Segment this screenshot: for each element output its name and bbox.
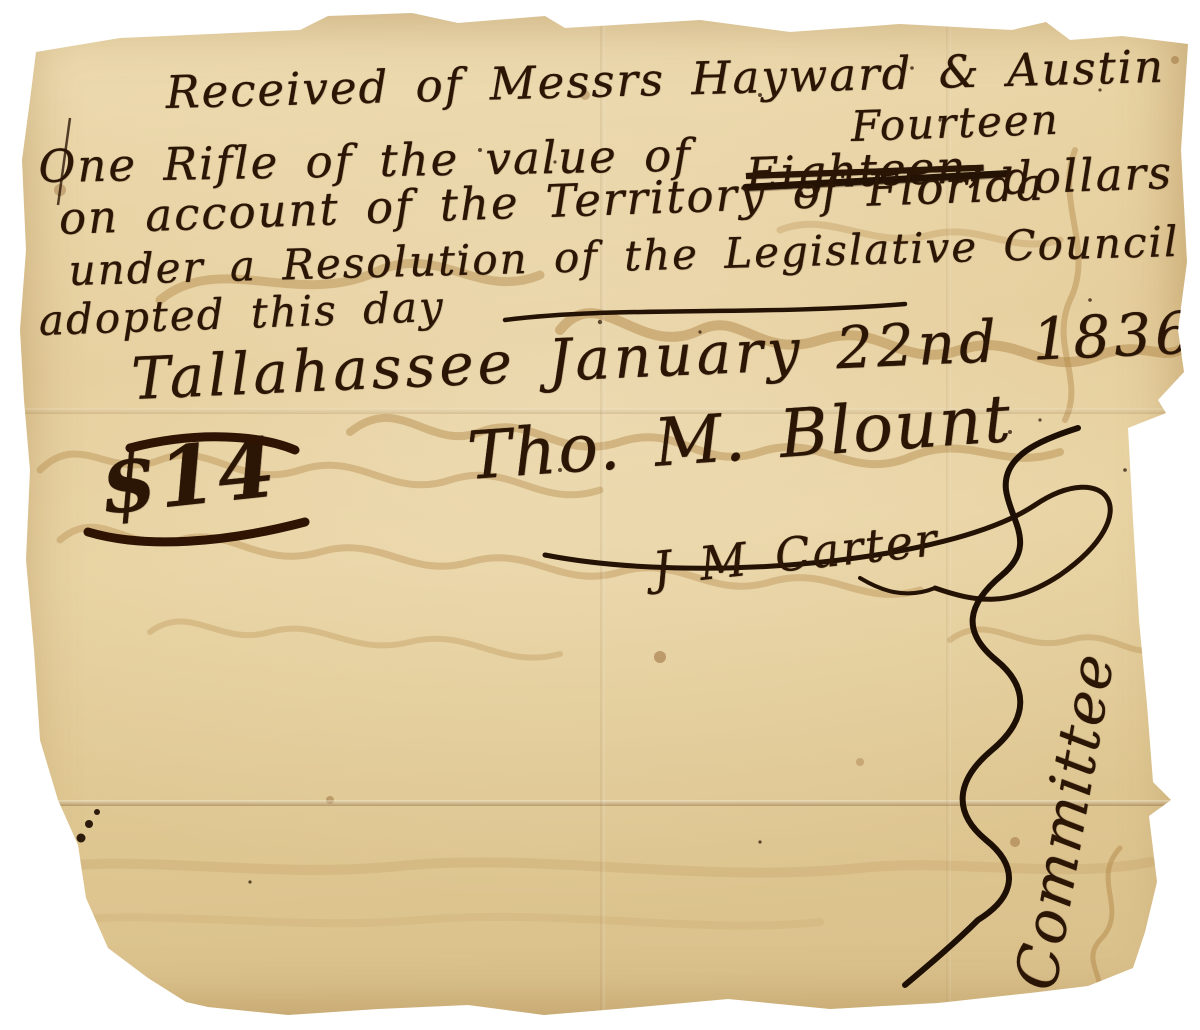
receipt-paper: Received of Messrs Hayward & Austin One … [0,0,1200,1030]
scanned-receipt-document: Received of Messrs Hayward & Austin One … [0,0,1200,1030]
